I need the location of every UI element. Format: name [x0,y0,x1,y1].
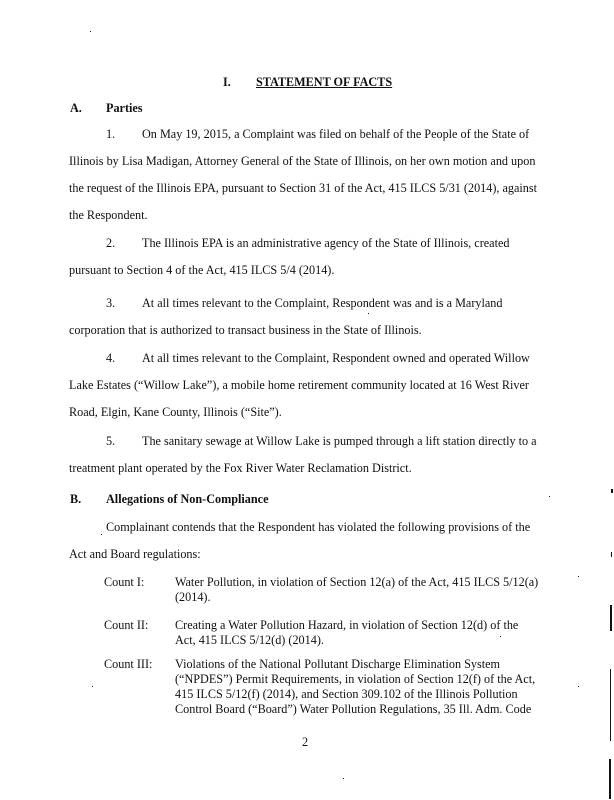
section-b-title: Allegations of Non-Compliance [106,492,269,506]
paragraph-4-line-1: At all times relevant to the Complaint, … [142,351,530,365]
page-number: 2 [302,735,308,749]
paragraph-3-number: 3. [106,296,115,310]
heading-number: I. [223,75,231,89]
count-3-line-1: Violations of the National Pollutant Dis… [175,657,500,671]
document-page: I. STATEMENT OF FACTS A. Parties 1. On M… [0,0,614,800]
section-b-letter: B. [70,492,81,506]
scan-speck [90,31,91,32]
paragraph-1-line-1: On May 19, 2015, a Complaint was filed o… [142,127,529,141]
section-a-letter: A. [70,101,82,115]
paragraph-1-number: 1. [106,127,115,141]
scan-speck [92,686,93,687]
paragraph-5-line-1: The sanitary sewage at Willow Lake is pu… [142,434,537,448]
count-2-line-1: Creating a Water Pollution Hazard, in vi… [175,618,518,632]
paragraph-4-line-2: Lake Estates (“Willow Lake”), a mobile h… [69,378,529,392]
section-a-title: Parties [106,101,143,115]
paragraph-1-line-3: the request of the Illinois EPA, pursuan… [69,181,537,195]
paragraph-4-number: 4. [106,351,115,365]
count-3-line-4: Control Board (“Board”) Water Pollution … [175,702,531,716]
scan-edge-bar [610,605,612,631]
scan-speck [343,778,344,779]
count-3-label: Count III: [104,657,152,671]
paragraph-3-line-1: At all times relevant to the Complaint, … [142,296,502,310]
count-3-line-2: (“NPDES”) Permit Requirements, in violat… [175,672,535,686]
scan-edge-bar [610,669,611,741]
count-1-line-2: (2014). [175,590,211,604]
allegations-intro-line-2: Act and Board regulations: [69,547,201,561]
scan-speck [101,534,102,535]
count-2-line-2: Act, 415 ILCS 5/12(d) (2014). [175,633,324,647]
paragraph-2-line-2: pursuant to Section 4 of the Act, 415 IL… [69,263,334,277]
count-1-label: Count I: [104,575,144,589]
scan-speck [549,496,550,497]
scan-speck [368,313,369,314]
paragraph-2-line-1: The Illinois EPA is an administrative ag… [142,236,509,250]
allegations-intro-line-1: Complainant contends that the Respondent… [106,520,530,534]
paragraph-2-number: 2. [106,236,115,250]
scan-speck [578,686,579,687]
count-3-line-3: 415 ILCS 5/12(f) (2014), and Section 309… [175,687,518,701]
paragraph-1-line-2: Illinois by Lisa Madigan, Attorney Gener… [69,154,535,168]
paragraph-4-line-3: Road, Elgin, Kane County, Illinois (“Sit… [69,405,282,419]
count-1-line-1: Water Pollution, in violation of Section… [175,575,538,589]
scan-edge-mark [611,489,613,493]
scan-edge-mark [611,552,612,557]
count-2-label: Count II: [104,618,148,632]
scan-speck [578,576,579,577]
scan-edge-bar [609,759,611,799]
heading-title: STATEMENT OF FACTS [256,75,392,89]
paragraph-3-line-2: corporation that is authorized to transa… [69,323,422,337]
paragraph-5-number: 5. [106,434,115,448]
paragraph-5-line-2: treatment plant operated by the Fox Rive… [69,461,412,475]
scan-speck [500,636,501,637]
paragraph-1-line-4: the Respondent. [69,208,148,222]
